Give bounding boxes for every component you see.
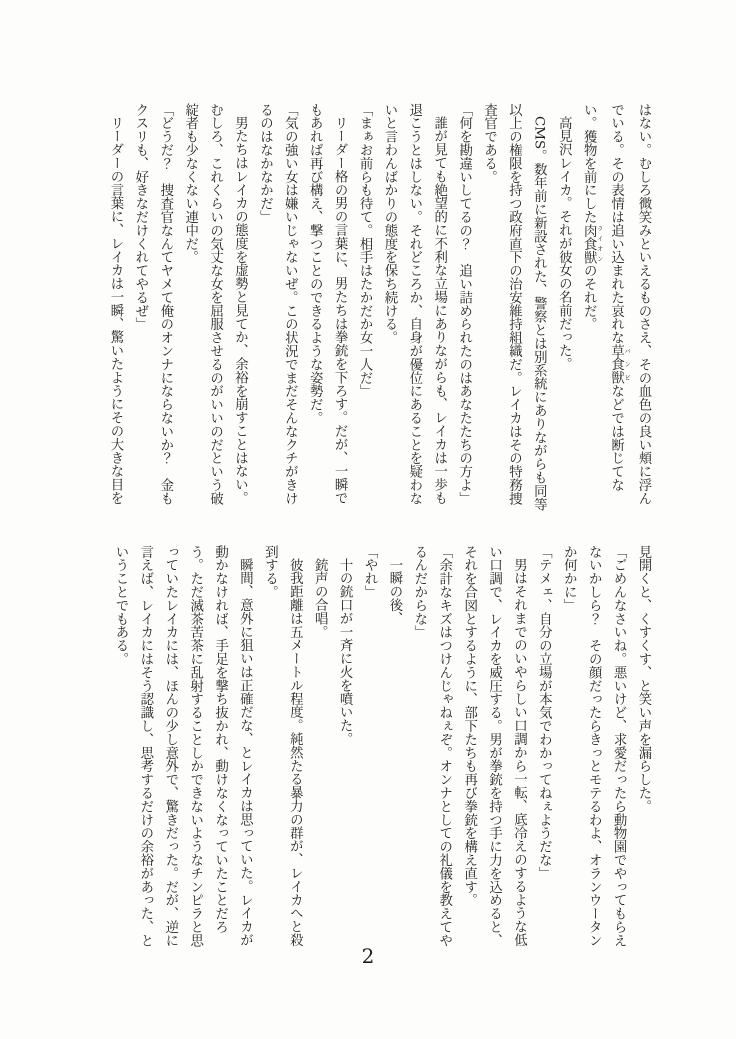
text-line: 「余計なキズはつけんじゃねぇぞ。オンナとしての礼儀を教えてや xyxy=(431,545,456,951)
text-line: 綻者も少なくない連中だ。 xyxy=(177,103,202,509)
text-line: むしろ、これくらいの気丈な女を屈服させるのがいいのだという破 xyxy=(202,103,227,509)
ruby-annotated-word: 肉食獣ライオン xyxy=(581,224,596,264)
text-line: 銃声の合唱。 xyxy=(306,545,331,951)
text-line: 見開くと、くすくす、と笑い声を漏らした。 xyxy=(630,545,655,951)
text-line: 高見沢レイカ。それが彼女の名前だった。 xyxy=(550,103,575,509)
text-line: それを合図とするように、部下たちも再び拳銃を構え直す。 xyxy=(456,545,481,951)
text-line: 到する。 xyxy=(257,545,282,951)
text-line: リーダーの言葉に、レイカは一瞬、驚いたようにその大きな目を xyxy=(102,103,127,509)
text-line: 瞬間、意外に狙いは正確だな、とレイカは思っていた。レイカが xyxy=(232,545,257,951)
text-line: もあれば再び構え、撃つことのできるような姿勢だ。 xyxy=(301,103,326,509)
text-line: 査官である。 xyxy=(476,103,501,509)
text-line: 彼我距離は五メートル程度。純然たる暴力の群が、レイカへと殺 xyxy=(281,545,306,951)
text-line: い口調で、レイカを威圧する。男が拳銃を持つ手に力を込めると、 xyxy=(481,545,506,951)
text-line: 「まぁお前らも待て。相手はたかだか女一人だ」 xyxy=(351,103,376,509)
text-line: るんだからな」 xyxy=(406,545,431,951)
text-line: 動かなければ、手足を撃ち抜かれ、動けなくなっていたことだろ xyxy=(207,545,232,951)
text-line: 十の銃口が一斉に火を噴いた。 xyxy=(331,545,356,951)
text-line: クスリも、好きなだけくれてやるぜ」 xyxy=(127,103,152,509)
text-line: 退こうとはしない。それどころか、自身が優位にあることを疑わな xyxy=(401,103,426,509)
text-line: いと言わんばかりの態度を保ち続ける。 xyxy=(376,103,401,509)
text-line: でいる。その表情は追い込まれた哀れな草食獣バンビなどでは断じてな xyxy=(603,103,630,509)
furigana: ライオン xyxy=(596,224,603,264)
text-line: るのはなかなかだ」 xyxy=(252,103,277,509)
text-line: か何かに」 xyxy=(555,545,580,951)
text-line: 「どうだ？ 捜査官なんてヤメて俺のオンナにならないか？ 金も xyxy=(152,103,177,509)
text-line: っていたレイカには、ほんの少し意外で、驚きだった。だが、逆に xyxy=(157,545,182,951)
ruby-annotated-word: 草食獣バンビ xyxy=(609,344,624,384)
text-line: ないかしら？ その顔だったらきっとモテるわよ、オランウータン xyxy=(580,545,605,951)
text-block-bottom: 見開くと、くすくす、と笑い声を漏らした。「ごめんなさいね。悪いけど、求愛だったら… xyxy=(106,545,655,951)
text-line: い。獲物を前にした肉食獣ライオンのそれだ。 xyxy=(575,103,602,509)
text-line: う。ただ滅茶苦茶に乱射することしかできないようなチンピラと思 xyxy=(182,545,207,951)
text-line: 男たちはレイカの態度を虚勢と見てか、余裕を崩すことはない。 xyxy=(227,103,252,509)
text-line: 以上の権限を持つ政府直下の治安維持組織だ。レイカはその特務捜 xyxy=(501,103,526,509)
furigana: バンビ xyxy=(623,344,630,384)
text-line: 一瞬の後、 xyxy=(381,545,406,951)
page-number: 2 xyxy=(0,944,736,968)
text-line: はない。むしろ微笑みといえるものさえ、その血色の良い頬に浮ん xyxy=(630,103,655,509)
text-line: 「やれ」 xyxy=(356,545,381,951)
text-line: 「何を勘違いしてるの？ 追い詰められたのはあなたたちの方よ」 xyxy=(451,103,476,509)
text-line: CMS。数年前に新設された、警察とは別系統にありながらも同等 xyxy=(525,103,550,509)
text-block-top: はない。むしろ微笑みといえるものさえ、その血色の良い頬に浮んでいる。その表情は追… xyxy=(106,103,655,509)
text-line: 「気の強い女は嫌いじゃないぜ。この状況でまだそんなクチがきけ xyxy=(276,103,301,509)
text-line: 誰が見ても絶望的に不利な立場にありながらも、レイカは一歩も xyxy=(426,103,451,509)
text-line: リーダー格の男の言葉に、男たちは拳銃を下ろす。だが、一瞬で xyxy=(326,103,351,509)
text-line: 「ごめんなさいね。悪いけど、求愛だったら動物園でやってもらえ xyxy=(605,545,630,951)
text-line: 男はそれまでのいやらしい口調から一転、底冷えのするような低 xyxy=(506,545,531,951)
book-page: はない。むしろ微笑みといえるものさえ、その血色の良い頬に浮んでいる。その表情は追… xyxy=(0,0,736,1039)
book-page-background: { "document": { "background_color": "#fd… xyxy=(0,0,736,1039)
text-line: 「テメェ、自分の立場が本気でわかってねぇようだな」 xyxy=(530,545,555,951)
text-line: 言えば、レイカにはそう認識し、思考するだけの余裕があった、と xyxy=(132,545,157,951)
text-line: いうことでもある。 xyxy=(107,545,132,951)
